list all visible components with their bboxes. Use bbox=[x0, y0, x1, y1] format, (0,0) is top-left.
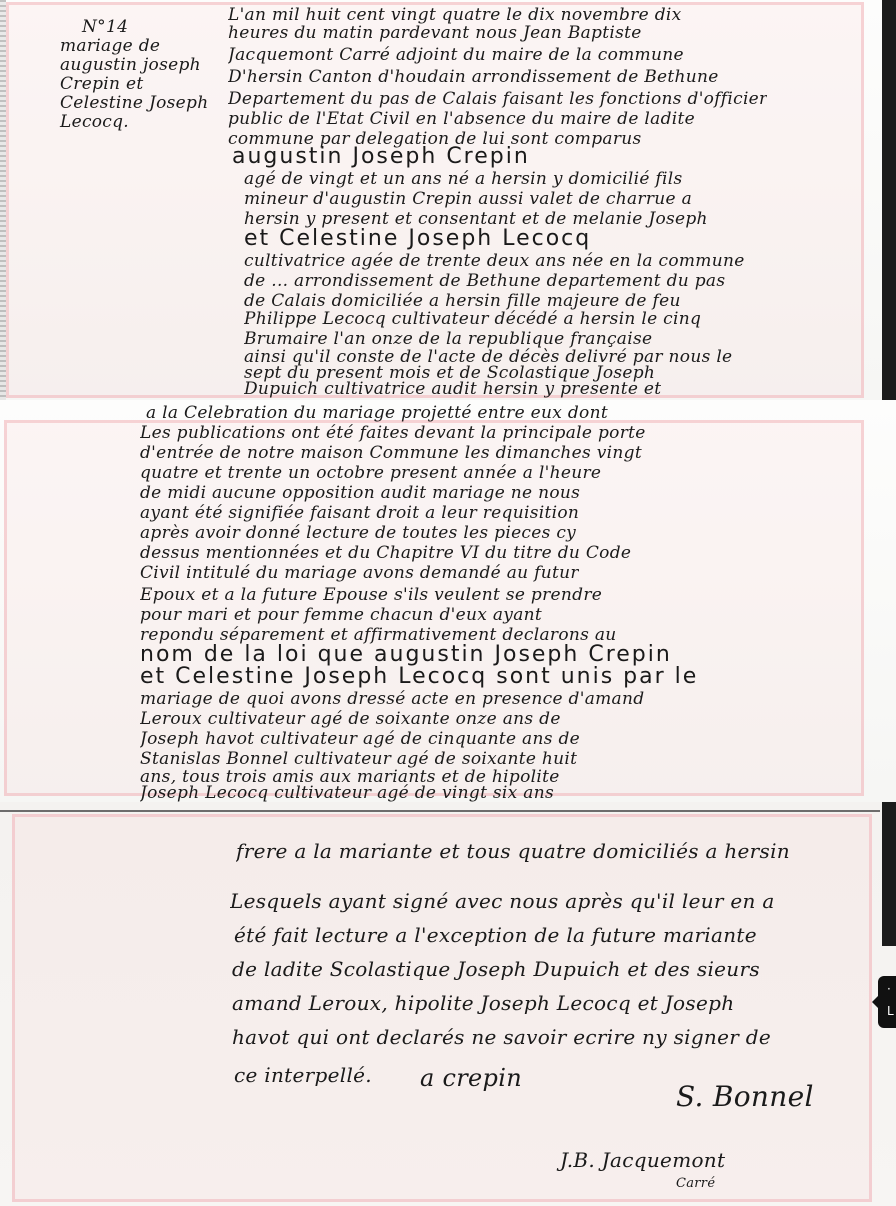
text-line: dessus mentionnées et du Chapitre VI du … bbox=[140, 542, 631, 564]
text-line: Lesquels ayant signé avec nous après qu'… bbox=[230, 890, 775, 916]
text-line: été fait lecture a l'exception de la fut… bbox=[234, 924, 757, 950]
text-line: après avoir donné lecture de toutes les … bbox=[140, 522, 576, 544]
text-line: Philippe Lecocq cultivateur décédé a her… bbox=[244, 308, 701, 330]
margin-line: Lecocq. bbox=[60, 113, 208, 132]
text-line: quatre et trente un octobre present anné… bbox=[140, 462, 601, 484]
tooltip-fragment: · L bbox=[878, 976, 896, 1028]
text-line: hersin y present et consentant et de mel… bbox=[244, 208, 708, 230]
text-line: heures du matin pardevant nous Jean Bapt… bbox=[228, 22, 642, 44]
text-line: cultivatrice agée de trente deux ans née… bbox=[244, 250, 745, 272]
text-line: mineur d'augustin Crepin aussi valet de … bbox=[244, 188, 692, 210]
text-line: a la Celebration du mariage projetté ent… bbox=[146, 402, 608, 424]
text-line: Joseph Lecocq cultivateur agé de vingt s… bbox=[140, 782, 554, 802]
text-line: repondu séparement et affirmativement de… bbox=[140, 624, 617, 646]
binding-edge bbox=[882, 802, 896, 946]
text-line: frere a la mariante et tous quatre domic… bbox=[236, 840, 790, 866]
text-line: Les publications ont été faites devant l… bbox=[140, 422, 646, 444]
text-line: de midi aucune opposition audit mariage … bbox=[140, 482, 580, 504]
margin-note: N°14 mariage de augustin joseph Crepin e… bbox=[60, 18, 208, 132]
text-line: Departement du pas de Calais faisant les… bbox=[228, 88, 767, 110]
text-line: public de l'Etat Civil en l'absence du m… bbox=[228, 108, 695, 130]
bride-name-line: et Celestine Joseph Lecocq bbox=[244, 228, 591, 250]
record-number: N°14 bbox=[60, 18, 208, 37]
signature-jacquemont: J.B. Jacquemont bbox=[560, 1148, 725, 1172]
text-line: havot qui ont declarés ne savoir ecrire … bbox=[232, 1026, 771, 1052]
margin-line: Crepin et bbox=[60, 75, 208, 94]
groom-name-line: augustin Joseph Crepin bbox=[232, 146, 530, 168]
text-line: de ... arrondissement de Bethune departe… bbox=[244, 270, 725, 292]
tooltip-text: · bbox=[887, 982, 891, 996]
text-line: Joseph havot cultivateur agé de cinquant… bbox=[140, 728, 580, 750]
text-line: nom de la loi que augustin Joseph Crepin bbox=[140, 644, 672, 666]
text-line: Leroux cultivateur agé de soixante onze … bbox=[140, 708, 561, 730]
text-line: Dupuich cultivatrice audit hersin y pres… bbox=[244, 378, 661, 400]
signature-bonnel: S. Bonnel bbox=[676, 1080, 814, 1113]
page-top-rule bbox=[0, 810, 880, 812]
margin-line: Celestine Joseph bbox=[60, 94, 208, 113]
text-line: Jacquemont Carré adjoint du maire de la … bbox=[228, 44, 684, 66]
text-line: ce interpellé. bbox=[234, 1064, 372, 1090]
text-line: d'entrée de notre maison Commune les dim… bbox=[140, 442, 642, 464]
scan-strip-3: frere a la mariante et tous quatre domic… bbox=[0, 802, 896, 1206]
tooltip-arrow bbox=[872, 996, 878, 1008]
text-line: agé de vingt et un ans né a hersin y dom… bbox=[244, 168, 683, 190]
text-line: amand Leroux, hipolite Joseph Lecocq et … bbox=[232, 992, 734, 1018]
text-line: et Celestine Joseph Lecocq sont unis par… bbox=[140, 666, 698, 688]
text-line: pour mari et pour femme chacun d'eux aya… bbox=[140, 604, 542, 626]
scan-strip-1: N°14 mariage de augustin joseph Crepin e… bbox=[0, 0, 896, 400]
margin-line: mariage de bbox=[60, 37, 208, 56]
text-line: Civil intitulé du mariage avons demandé … bbox=[140, 562, 579, 584]
scan-strip-2: a la Celebration du mariage projetté ent… bbox=[0, 400, 896, 802]
signature-crepin: a crepin bbox=[420, 1064, 522, 1092]
tooltip-text: L bbox=[887, 1004, 894, 1018]
text-line: de ladite Scolastique Joseph Dupuich et … bbox=[232, 958, 760, 984]
text-line: D'hersin Canton d'houdain arrondissement… bbox=[228, 66, 719, 88]
binding-edge bbox=[882, 0, 896, 400]
margin-line: augustin joseph bbox=[60, 56, 208, 75]
text-line: mariage de quoi avons dressé acte en pre… bbox=[140, 688, 644, 710]
signature-carre: Carré bbox=[676, 1176, 715, 1191]
text-line: ayant été signifiée faisant droit a leur… bbox=[140, 502, 579, 524]
text-line: Epoux et a la future Epouse s'ils veulen… bbox=[140, 584, 602, 606]
